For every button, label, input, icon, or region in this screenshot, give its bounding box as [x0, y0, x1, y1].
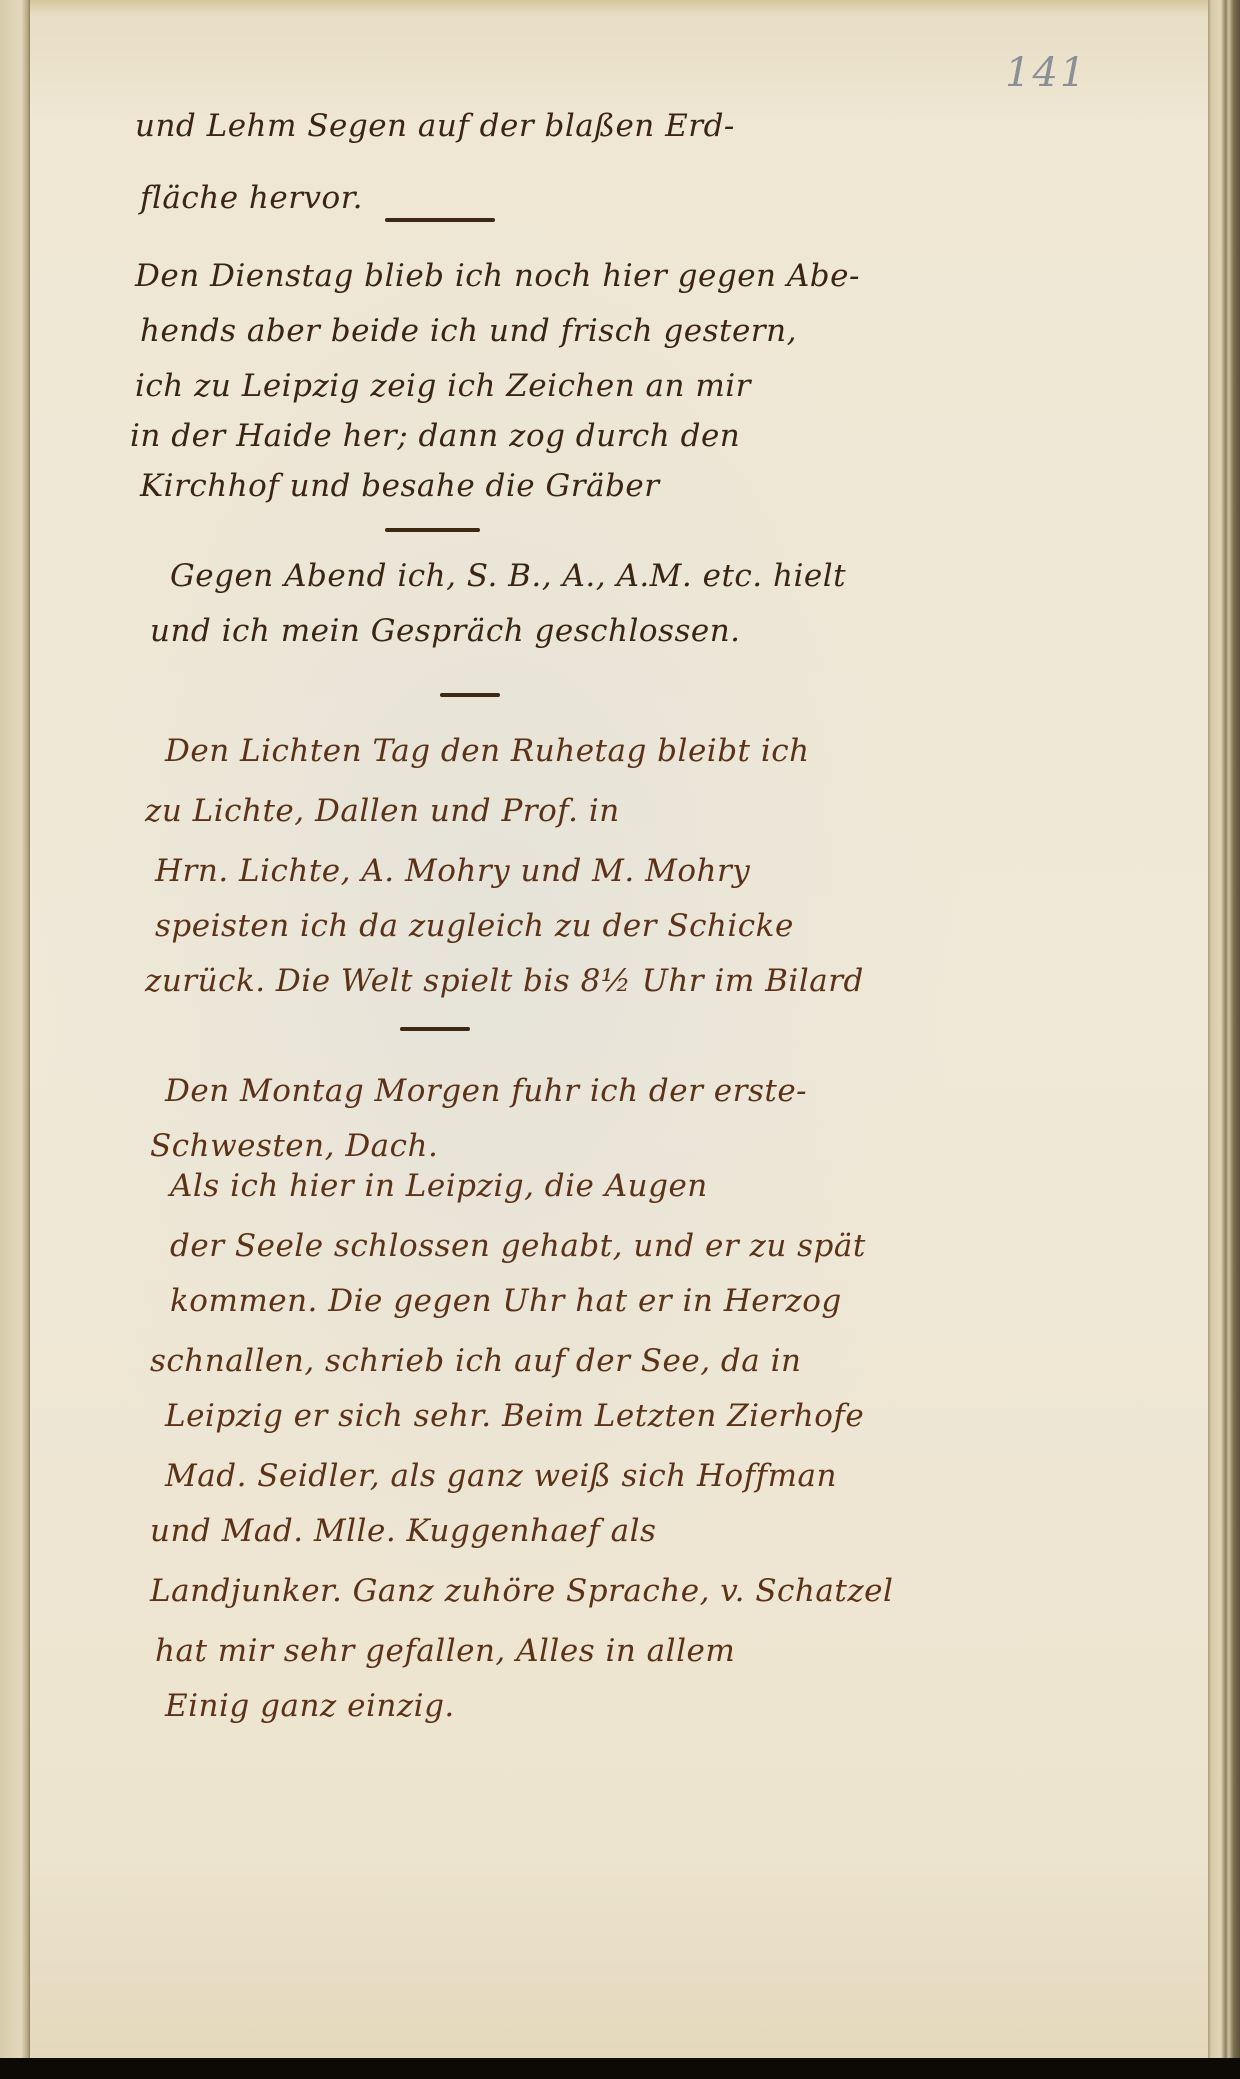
manuscript-line: hends aber beide ich und frisch gestern, [140, 313, 797, 349]
manuscript-line: zurück. Die Welt spielt bis 8½ Uhr im Bi… [145, 963, 864, 999]
manuscript-line: Den Lichten Tag den Ruhetag bleibt ich [165, 733, 810, 769]
separator-dash [400, 1027, 470, 1031]
manuscript-line: kommen. Die gegen Uhr hat er in Herzog [170, 1283, 842, 1319]
manuscript-line: Einig ganz einzig. [165, 1688, 455, 1724]
manuscript-line: schnallen, schrieb ich auf der See, da i… [150, 1343, 801, 1379]
manuscript-line: und Lehm Segen auf der blaßen Erd- [135, 108, 735, 144]
page-number: 141 [1005, 50, 1087, 96]
manuscript-line: hat mir sehr gefallen, Alles in allem [155, 1633, 735, 1669]
scan-bottom-border [0, 2058, 1240, 2079]
manuscript-line: ich zu Leipzig zeig ich Zeichen an mir [135, 368, 751, 404]
separator-dash [440, 693, 500, 697]
manuscript-line: Leipzig er sich sehr. Beim Letzten Zierh… [165, 1398, 864, 1434]
manuscript-line: der Seele schlossen gehabt, und er zu sp… [170, 1228, 866, 1264]
manuscript-line: Kirchhof und besahe die Gräber [140, 468, 660, 504]
page-leaf-edges [1208, 0, 1240, 2058]
manuscript-line: Landjunker. Ganz zuhöre Sprache, v. Scha… [150, 1573, 893, 1609]
manuscript-line: Gegen Abend ich, S. B., A., A.M. etc. hi… [170, 558, 846, 594]
manuscript-line: Mad. Seidler, als ganz weiß sich Hoffman [165, 1458, 837, 1494]
manuscript-line: Als ich hier in Leipzig, die Augen [170, 1168, 708, 1204]
manuscript-page: 141 und Lehm Segen auf der blaßen Erd-fl… [0, 0, 1240, 2058]
manuscript-line: fläche hervor. [140, 180, 363, 216]
separator-dash [385, 218, 495, 222]
manuscript-line: Hrn. Lichte, A. Mohry und M. Mohry [155, 853, 750, 889]
manuscript-line: speisten ich da zugleich zu der Schicke [155, 908, 794, 944]
book-gutter [0, 0, 30, 2058]
manuscript-line: und ich mein Gespräch geschlossen. [150, 613, 741, 649]
manuscript-line: Den Montag Morgen fuhr ich der erste- [165, 1073, 807, 1109]
manuscript-line: Schwesten, Dach. [150, 1128, 438, 1164]
top-edge-stain [30, 0, 1210, 14]
manuscript-line: und Mad. Mlle. Kuggenhaef als [150, 1513, 656, 1549]
manuscript-line: Den Dienstag blieb ich noch hier gegen A… [135, 258, 860, 294]
manuscript-line: zu Lichte, Dallen und Prof. in [145, 793, 620, 829]
separator-dash [385, 528, 480, 532]
manuscript-line: in der Haide her; dann zog durch den [130, 418, 740, 454]
